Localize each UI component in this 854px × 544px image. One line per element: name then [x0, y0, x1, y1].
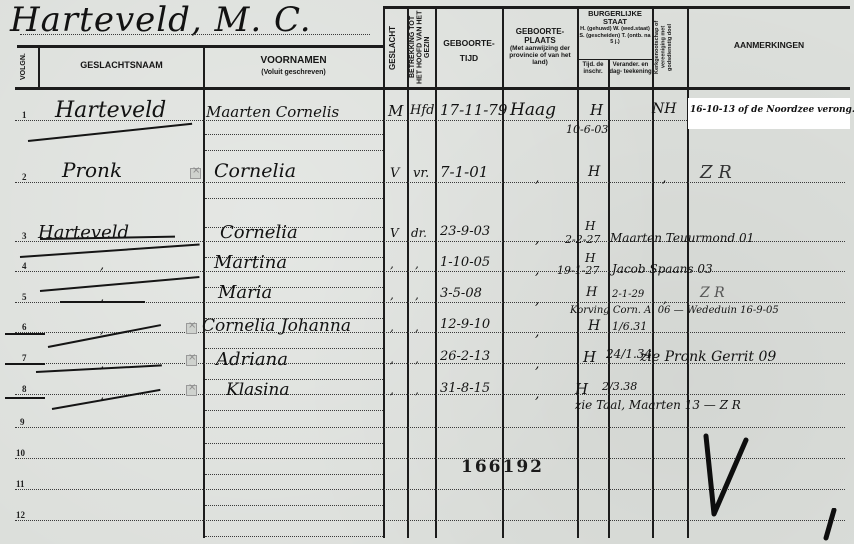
row-number: 11 — [16, 479, 25, 489]
row-8-marker-checkbox[interactable] — [186, 385, 197, 396]
header-betrekking: BETREKKING TOT HET HOOFD VAN HET GEZIN — [409, 10, 433, 84]
row-number: 6 — [22, 322, 27, 332]
row-6-birth-place: , — [535, 324, 539, 340]
header-staat-codes: H. (gehuwd) W. (wed.staat) S. (gescheide… — [579, 26, 651, 46]
row-5-relation: , — [415, 288, 419, 302]
row-8-civil: H — [575, 380, 588, 398]
row-7-civil: H — [583, 348, 596, 366]
row-8-birth-place: , — [535, 386, 539, 402]
row-4-remarks: Jacob Spaans 03 — [612, 262, 713, 276]
row-8-sex: , — [390, 383, 394, 397]
row-1-strike — [28, 123, 192, 142]
row-8-surname: , — [100, 388, 104, 403]
row-3-civil-date: 2-2-27 — [565, 233, 600, 246]
header-burgerlijke-staat: BURGERLIJKE STAAT — [578, 10, 652, 26]
row-1-surname: Harteveld — [55, 98, 166, 123]
row-number: 3 — [22, 231, 27, 241]
row-4-sex: , — [390, 257, 394, 271]
row-line-4 — [15, 271, 845, 272]
row-7-strike — [36, 364, 162, 373]
row-6-marker-checkbox[interactable] — [186, 323, 197, 334]
row-7-marker-checkbox[interactable] — [186, 355, 197, 366]
sub-line-1 — [205, 134, 383, 135]
row-5-remarks: Z R — [700, 285, 725, 301]
row-6-underline — [5, 333, 45, 335]
row-5-surname: , — [100, 290, 104, 305]
row-7-given: Adriana — [216, 349, 288, 370]
row-4-given: Martina — [214, 252, 287, 273]
row-4-relation: , — [415, 257, 419, 271]
row-2-birth-place: , — [535, 170, 539, 186]
row-6-civil-date: 1/6.31 — [612, 320, 647, 333]
sub-line-13 — [205, 505, 383, 506]
row-2-remarks: Z R — [700, 162, 732, 183]
row-6-given: Cornelia Johanna — [202, 316, 351, 336]
row-4-civil-date: 19-1-27 — [557, 264, 599, 277]
row-number: 10 — [16, 448, 25, 458]
row-6-sex: , — [390, 320, 394, 334]
row-2-birth-date: 7-1-01 — [440, 163, 488, 181]
row-number: 4 — [22, 261, 27, 271]
registration-card: Harteveld, M. C. VOLGN. GESLACHTSNAAM VO… — [0, 0, 854, 544]
row-2-surname: Pronk — [62, 158, 122, 182]
row-5-civil: H — [586, 285, 597, 300]
title-underline — [20, 34, 370, 35]
row-1-remarks: 16-10-13 of de Noordzee verong. — [690, 105, 854, 115]
sub-line-14 — [205, 536, 383, 537]
row-number: 9 — [20, 417, 25, 427]
row-number: 7 — [22, 353, 27, 363]
row-7-remarks: zie Pronk Gerrit 09 — [640, 349, 776, 365]
row-7-relation: , — [415, 352, 419, 366]
sub-line-10 — [205, 410, 383, 411]
header-aanmerkingen: AANMERKINGEN — [688, 40, 850, 50]
row-1-civil-date: 10-6-03 — [566, 123, 608, 136]
row-3-surname: Harteveld — [38, 222, 129, 243]
row-4-birth-date: 1-10-05 — [440, 255, 490, 270]
row-1-birth-date: 17-11-79 — [440, 101, 507, 119]
row-8-given: Klasina — [226, 380, 290, 400]
sub-line-3 — [205, 198, 383, 199]
sub-line-2 — [205, 150, 383, 151]
check-mark-icon — [700, 428, 750, 520]
row-3-birth-date: 23-9-03 — [440, 224, 490, 239]
row-2-marker-checkbox[interactable] — [190, 168, 201, 179]
row-7-sex: , — [390, 352, 394, 366]
row-3-given: Cornelia — [220, 222, 298, 243]
row-6-birth-date: 12-9-10 — [440, 317, 490, 332]
row-3-birth-place: , — [535, 231, 539, 247]
row-1-sex: M — [388, 102, 403, 120]
header-volgn: VOLGN. — [20, 50, 28, 84]
row-1-civil: H — [590, 101, 603, 119]
row-1-given: Maarten Cornelis — [206, 103, 339, 121]
row-5-given: Maria — [218, 282, 272, 303]
row-4-civil: H — [585, 251, 595, 265]
header-geslacht: GESLACHT — [389, 12, 397, 84]
header-voornamen: VOORNAMEN — [204, 55, 383, 66]
row-7-surname: , — [100, 357, 104, 372]
row-2-relation: vr. — [413, 166, 429, 181]
header-kerkgenootschap: Kerkgenootschap of vereeniging met godsd… — [654, 10, 686, 84]
corner-slash-icon — [820, 508, 840, 544]
row-5-sex: , — [390, 288, 394, 302]
row-4-strike — [40, 276, 200, 292]
row-1-church: NH — [652, 101, 676, 117]
row-2-sex: V — [390, 166, 399, 181]
row-4-surname: , — [100, 258, 104, 273]
row-3-sex: V — [390, 226, 399, 240]
row-6-relation: , — [415, 320, 419, 334]
row-number: 12 — [16, 510, 25, 520]
row-2-given: Cornelia — [214, 160, 296, 182]
row-line-12 — [15, 520, 845, 521]
row-5-birth-place: , — [535, 292, 539, 308]
row-7-underline — [5, 363, 45, 365]
row-8-underline — [5, 397, 45, 399]
row-8-remarks: zie Taal, Maarten 13 — Z R — [575, 398, 741, 412]
row-number: 8 — [22, 384, 27, 394]
row-3-relation: dr. — [411, 226, 427, 240]
header-tijd-inschr: Tijd. de inschr. — [578, 62, 608, 76]
row-6-surname: , — [100, 322, 104, 337]
card-number: 166192 — [461, 457, 544, 477]
sub-line-12 — [205, 474, 383, 475]
row-6-civil: H — [588, 318, 600, 334]
row-7-birth-place: , — [535, 356, 539, 372]
row-3-long-strike — [20, 243, 200, 258]
row-3-remarks: Maarten Teuurmond 01 — [610, 231, 754, 245]
header-geboortetijd: GEBOORTE- TIJD — [437, 36, 501, 66]
row-number: 1 — [22, 110, 27, 120]
staat-subdivider — [578, 59, 652, 60]
row-8-relation: , — [415, 383, 419, 397]
header-voornamen-sub: (Voluit geschreven) — [204, 69, 383, 76]
row-number: 5 — [22, 292, 27, 302]
row-2-church: , — [662, 170, 666, 186]
row-8-civil-date: 2/3.38 — [602, 380, 637, 393]
header-geboorteplaats-sub: (Met aanwijzing der provincie of van het… — [504, 45, 576, 66]
header-verander: Verander. en dag- teekening — [609, 62, 652, 76]
row-8-birth-date: 31-8-15 — [440, 381, 490, 396]
header-geboorteplaats: GEBOORTE- PLAATS — [504, 27, 576, 45]
header-top-border-left — [17, 45, 384, 48]
row-5-civil-date: 2-1-29 — [612, 289, 644, 300]
row-number: 2 — [22, 172, 27, 182]
header-bottom-border — [15, 87, 850, 90]
row-6-remarks: Korving Corn. A. 06 — Wededuin 16-9-05 — [570, 305, 779, 316]
row-2-civil: H — [588, 164, 600, 180]
header-geslachtsnaam: GESLACHTSNAAM — [40, 60, 203, 70]
row-7-birth-date: 26-2-13 — [440, 349, 490, 364]
row-5-birth-date: 3-5-08 — [440, 286, 482, 301]
row-4-birth-place: , — [535, 262, 539, 278]
row-5-church: , — [663, 292, 667, 306]
row-8-strike — [52, 389, 161, 410]
row-6-strike — [48, 324, 161, 348]
row-line-6 — [15, 332, 845, 333]
sub-line-11 — [205, 443, 383, 444]
row-3-civil: H — [585, 219, 595, 233]
row-1-relation: Hfd — [410, 103, 434, 118]
row-1-birth-place: Haag — [510, 100, 556, 120]
